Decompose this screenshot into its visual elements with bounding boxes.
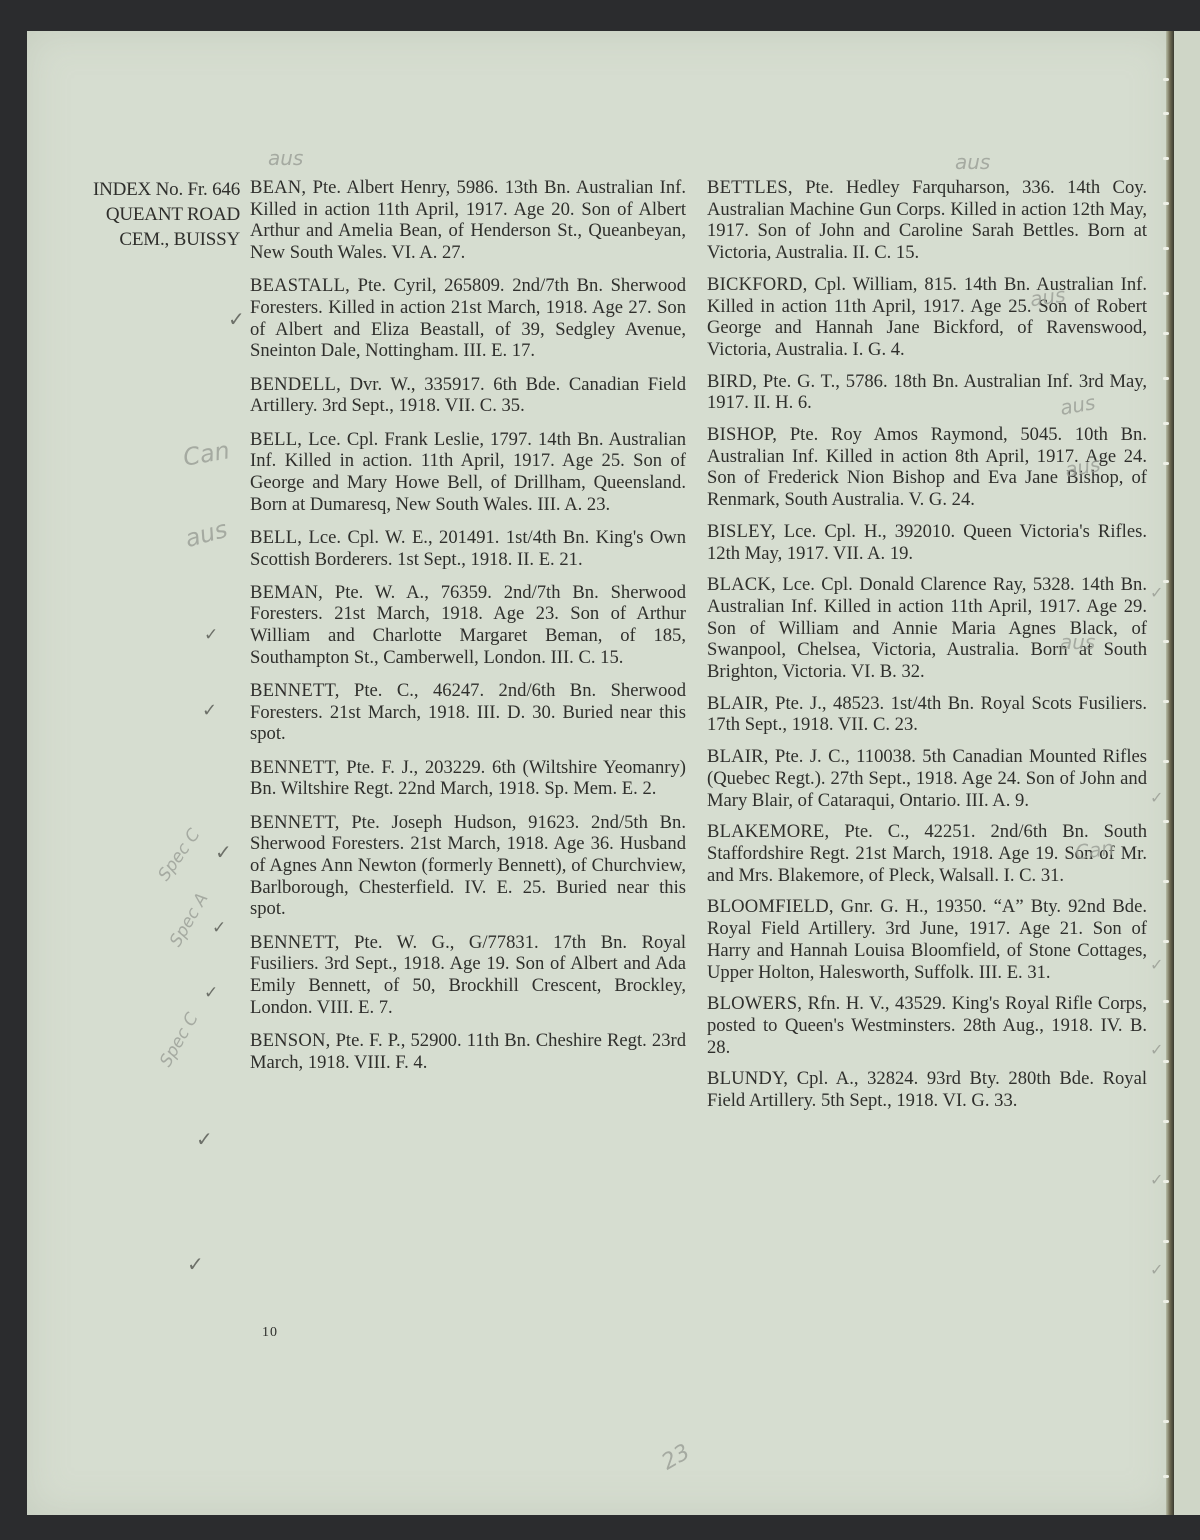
casualty-surname: BLAIR, [707, 746, 769, 767]
casualty-entry: BENNETT, Pte. C., 46247. 2nd/6th Bn. She… [250, 680, 686, 745]
casualty-surname: BENNETT, [250, 932, 340, 953]
stitch [1163, 1000, 1169, 1003]
casualty-surname: BLOWERS, [707, 993, 802, 1014]
stitch [1163, 640, 1169, 643]
stitch [1163, 1475, 1169, 1478]
check-mark-icon: ✓ [228, 307, 245, 331]
handwritten-note-aus: aus [1029, 283, 1067, 312]
stitch [1163, 377, 1169, 380]
stitch [1163, 247, 1169, 250]
cemetery-location: CEM., BUISSY [40, 227, 240, 252]
casualty-entry: BENSON, Pte. F. P., 52900. 11th Bn. Ches… [250, 1030, 686, 1073]
casualty-surname: BENSON, [250, 1030, 330, 1051]
check-mark-icon: ✓ [196, 1127, 213, 1151]
casualty-surname: BELL, [250, 527, 302, 548]
casualty-surname: BIRD, [707, 371, 757, 392]
stitch [1163, 1240, 1169, 1243]
check-mark-icon: ✓ [204, 983, 218, 1003]
casualty-surname: BENNETT, [250, 680, 340, 701]
casualty-entry: BELL, Lce. Cpl. Frank Leslie, 1797. 14th… [250, 429, 686, 516]
stitch [1163, 422, 1169, 425]
stitch [1163, 880, 1169, 883]
casualty-details: Pte. J. C., 110038. 5th Canadian Mounted… [707, 746, 1147, 810]
casualty-entry: BEAN, Pte. Albert Henry, 5986. 13th Bn. … [250, 177, 686, 264]
casualty-entry: BLOWERS, Rfn. H. V., 43529. King's Royal… [707, 993, 1147, 1058]
check-mark-icon: ✓ [215, 840, 232, 864]
stitch [1163, 78, 1169, 81]
casualty-surname: BICKFORD, [707, 274, 807, 295]
casualty-surname: BISLEY, [707, 521, 776, 542]
casualty-surname: BEASTALL, [250, 275, 350, 296]
check-mark-icon: ✓ [1150, 1170, 1163, 1189]
stitch [1163, 1120, 1169, 1123]
check-mark-icon: ✓ [212, 918, 226, 938]
casualty-surname: BLAKEMORE, [707, 821, 829, 842]
casualty-entry: BICKFORD, Cpl. William, 815. 14th Bn. Au… [707, 274, 1147, 361]
casualty-surname: BENDELL, [250, 374, 341, 395]
stitch [1163, 820, 1169, 823]
stitch [1163, 1420, 1169, 1423]
adjacent-page-edge [1174, 31, 1200, 1515]
check-mark-icon: ✓ [1150, 583, 1163, 602]
index-number: INDEX No. Fr. 646 [40, 177, 240, 202]
index-header: INDEX No. Fr. 646 QUEANT ROAD CEM., BUIS… [40, 177, 240, 252]
stitch [1163, 462, 1169, 465]
casualty-entry: BLUNDY, Cpl. A., 32824. 93rd Bty. 280th … [707, 1068, 1147, 1111]
casualty-surname: BISHOP, [707, 424, 777, 445]
casualty-surname: BLOOMFIELD, [707, 896, 834, 917]
check-mark-icon: ✓ [187, 1252, 204, 1276]
handwritten-note-aus: aus [268, 146, 303, 170]
stitch [1163, 1300, 1169, 1303]
casualty-entry: BENDELL, Dvr. W., 335917. 6th Bde. Canad… [250, 374, 686, 417]
casualty-surname: BENNETT, [250, 812, 340, 833]
casualty-surname: BLUNDY, [707, 1068, 788, 1089]
casualty-entry: BLAIR, Pte. J., 48523. 1st/4th Bn. Royal… [707, 693, 1147, 736]
casualty-details: Lce. Cpl. Frank Leslie, 1797. 14th Bn. A… [250, 429, 686, 515]
check-mark-icon: ✓ [204, 625, 218, 645]
casualty-entry: BEASTALL, Pte. Cyril, 265809. 2nd/7th Bn… [250, 275, 686, 362]
stitch [1163, 940, 1169, 943]
cemetery-name: QUEANT ROAD [40, 202, 240, 227]
casualty-entry: BLACK, Lce. Cpl. Donald Clarence Ray, 53… [707, 574, 1147, 683]
casualty-entry: BELL, Lce. Cpl. W. E., 201491. 1st/4th B… [250, 527, 686, 570]
casualty-entry: BISLEY, Lce. Cpl. H., 392010. Queen Vict… [707, 521, 1147, 564]
handwritten-note-aus: aus [955, 150, 990, 174]
page-binding [1166, 31, 1174, 1515]
casualty-surname: BLAIR, [707, 693, 769, 714]
casualty-details: Lce. Cpl. W. E., 201491. 1st/4th Bn. Kin… [250, 527, 686, 570]
check-mark-icon: ✓ [1150, 788, 1163, 807]
stitch [1163, 292, 1169, 295]
casualty-entry: BENNETT, Pte. Joseph Hudson, 91623. 2nd/… [250, 812, 686, 921]
casualty-entry: BENNETT, Pte. F. J., 203229. 6th (Wiltsh… [250, 757, 686, 800]
casualty-entry: BETTLES, Pte. Hedley Farquharson, 336. 1… [707, 177, 1147, 264]
check-mark-icon: ✓ [1150, 955, 1163, 974]
stitch [1163, 580, 1169, 583]
stitch [1163, 760, 1169, 763]
casualty-surname: BELL, [250, 429, 302, 450]
check-mark-icon: ✓ [1150, 1040, 1163, 1059]
casualty-entry: BEMAN, Pte. W. A., 76359. 2nd/7th Bn. Sh… [250, 582, 686, 669]
left-column: BEAN, Pte. Albert Henry, 5986. 13th Bn. … [250, 177, 686, 1085]
casualty-entry: BLOOMFIELD, Gnr. G. H., 19350. “A” Bty. … [707, 896, 1147, 983]
stitch [1163, 1180, 1169, 1183]
casualty-surname: BETTLES, [707, 177, 793, 198]
casualty-details: Pte. Albert Henry, 5986. 13th Bn. Austra… [250, 177, 686, 263]
page-number: 10 [262, 1325, 278, 1341]
casualty-surname: BEAN, [250, 177, 306, 198]
stitch [1163, 1060, 1169, 1063]
casualty-surname: BEMAN, [250, 582, 323, 603]
stitch [1163, 202, 1169, 205]
stitch [1163, 157, 1169, 160]
casualty-entry: BENNETT, Pte. W. G., G/77831. 17th Bn. R… [250, 932, 686, 1019]
handwritten-note-aus: aus [1060, 630, 1095, 654]
casualty-surname: BENNETT, [250, 757, 340, 778]
casualty-details: Pte. J., 48523. 1st/4th Bn. Royal Scots … [707, 693, 1147, 736]
stitch [1163, 112, 1169, 115]
casualty-entry: BLAIR, Pte. J. C., 110038. 5th Canadian … [707, 746, 1147, 811]
check-mark-icon: ✓ [202, 700, 217, 721]
check-mark-icon: ✓ [1150, 1260, 1163, 1279]
stitch [1163, 700, 1169, 703]
casualty-surname: BLACK, [707, 574, 776, 595]
stitch [1163, 332, 1169, 335]
